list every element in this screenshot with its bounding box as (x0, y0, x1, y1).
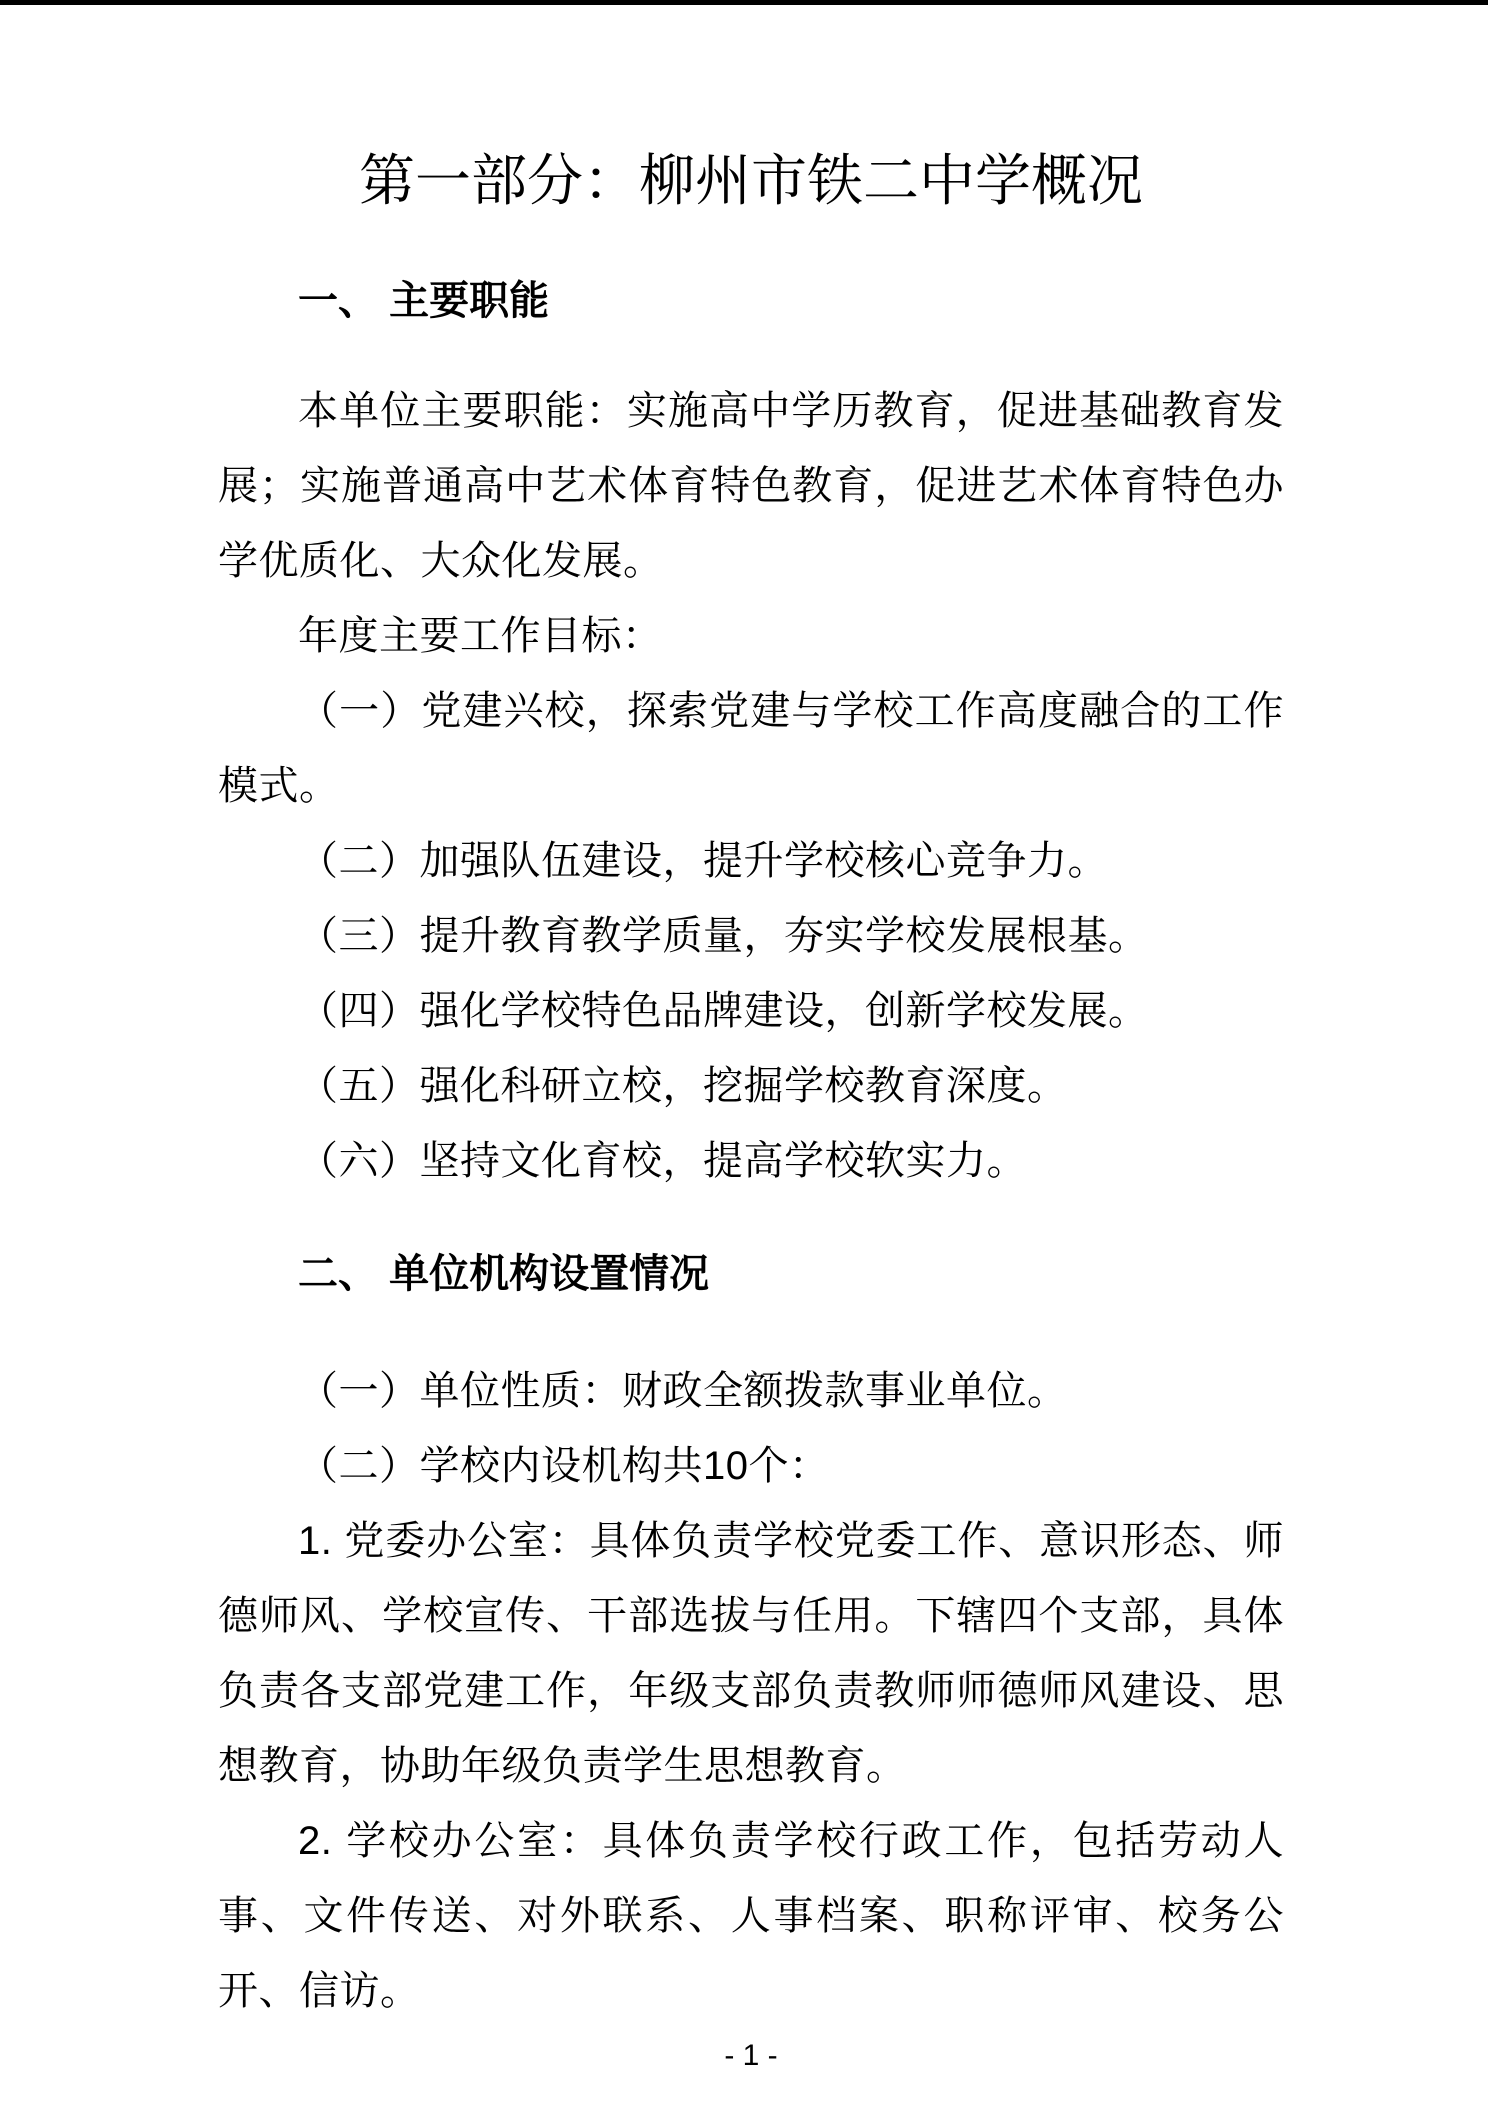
document-body: 第一部分：柳州市铁二中学概况 一、 主要职能 本单位主要职能：实施高中学历教育，… (218, 5, 1284, 2029)
document-title: 第一部分：柳州市铁二中学概况 (218, 141, 1284, 221)
section-2-org-1-party-office: 1. 党委办公室：具体负责学校党委工作、意识形态、师德师风、学校宣传、干部选拔与… (218, 1504, 1284, 1804)
section-1-goal-item-4: （四）强化学校特色品牌建设，创新学校发展。 (218, 974, 1284, 1049)
section-1-main-functions-paragraph: 本单位主要职能：实施高中学历教育，促进基础教育发展；实施普通高中艺术体育特色教育… (218, 374, 1284, 599)
section-1-annual-goals-lead: 年度主要工作目标： (218, 599, 1284, 674)
section-1-goal-item-1: （一）党建兴校，探索党建与学校工作高度融合的工作模式。 (218, 674, 1284, 824)
section-1-goal-item-3: （三）提升教育教学质量，夯实学校发展根基。 (218, 899, 1284, 974)
document-page: 第一部分：柳州市铁二中学概况 一、 主要职能 本单位主要职能：实施高中学历教育，… (0, 0, 1488, 2104)
section-1-goal-item-6: （六）坚持文化育校，提高学校软实力。 (218, 1124, 1284, 1199)
section-1-goal-item-2: （二）加强队伍建设，提升学校核心竞争力。 (218, 824, 1284, 899)
page-number: - 1 - (218, 2038, 1284, 2074)
section-1-goal-item-5: （五）强化科研立校，挖掘学校教育深度。 (218, 1049, 1284, 1124)
section-2-heading: 二、 单位机构设置情况 (218, 1244, 1284, 1304)
section-2-org-2-school-office: 2. 学校办公室：具体负责学校行政工作，包括劳动人事、文件传送、对外联系、人事档… (218, 1804, 1284, 2029)
section-2-internal-orgs-lead: （二）学校内设机构共10个： (218, 1429, 1284, 1504)
section-2-unit-nature-item: （一）单位性质：财政全额拨款事业单位。 (218, 1354, 1284, 1429)
section-1-heading: 一、 主要职能 (218, 271, 1284, 331)
